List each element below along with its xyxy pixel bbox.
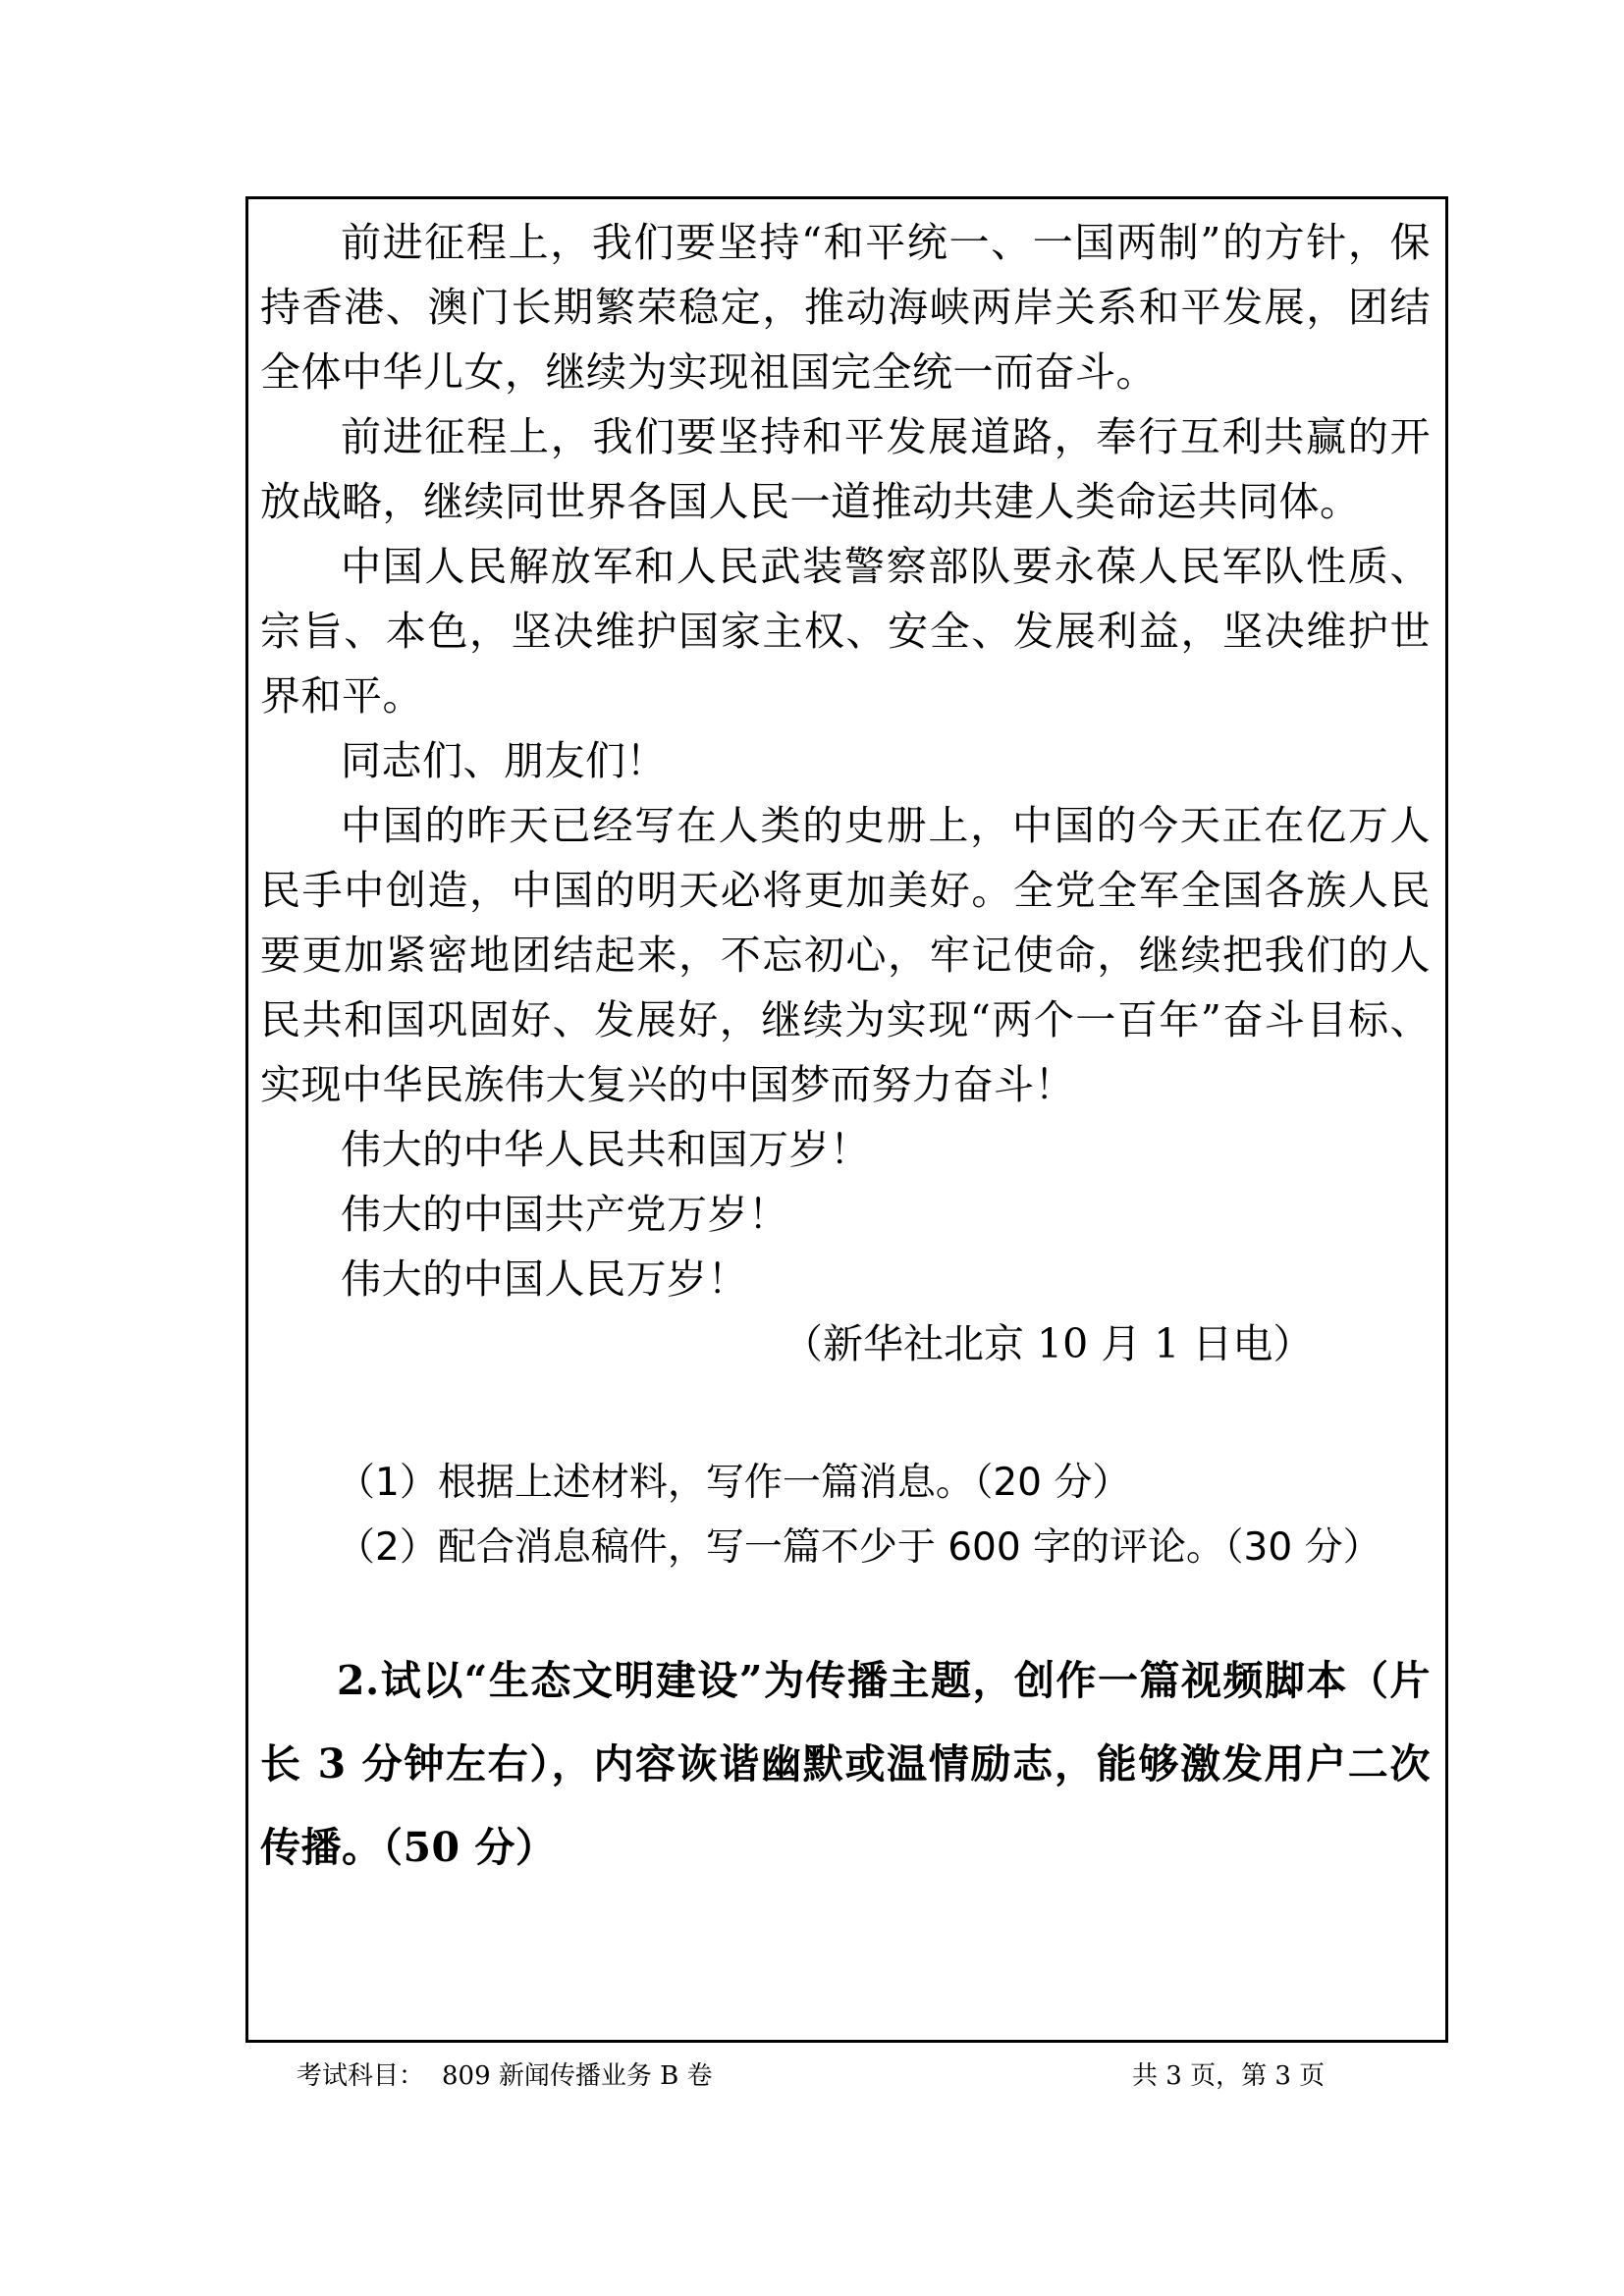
question-2: 2.试以“生态文明建设”为传播主题，创作一篇视频脚本（片长 3 分钟左右），内容… — [260, 1639, 1431, 1890]
body-paragraph: 中国的昨天已经写在人类的史册上，中国的今天正在亿万人民手中创造，中国的明天必将更… — [260, 793, 1431, 1117]
body-paragraph: 中国人民解放军和人民武装警察部队要永葆人民军队性质、宗旨、本色，坚决维护国家主权… — [260, 534, 1431, 728]
content-border-box: 前进征程上，我们要坚持“和平统一、一国两制”的方针，保持香港、澳门长期繁荣稳定，… — [245, 196, 1448, 2043]
body-paragraph: 前进征程上，我们要坚持和平发展道路，奉行互利共赢的开放战略，继续同世界各国人民一… — [260, 404, 1431, 534]
body-paragraph: 前进征程上，我们要坚持“和平统一、一国两制”的方针，保持香港、澳门长期繁荣稳定，… — [260, 210, 1431, 404]
exam-subject-label: 考试科目： — [297, 2061, 424, 2091]
body-paragraph: 伟大的中国人民万岁！ — [260, 1247, 1431, 1311]
body-paragraph: 同志们、朋友们！ — [260, 728, 1431, 793]
sub-question-2: （2）配合消息稿件，写一篇不少于 600 字的评论。（30 分） — [337, 1516, 1431, 1580]
sub-question-1: （1）根据上述材料，写作一篇消息。（20 分） — [337, 1451, 1431, 1516]
body-paragraph: 伟大的中华人民共和国万岁！ — [260, 1117, 1431, 1182]
page-number: 共 3 页，第 3 页 — [1132, 2059, 1325, 2093]
news-agency-byline: （新华社北京 10 月 1 日电） — [260, 1311, 1431, 1376]
exam-page: 前进征程上，我们要坚持“和平统一、一国两制”的方针，保持香港、澳门长期繁荣稳定，… — [0, 0, 1624, 2296]
body-paragraph: 伟大的中国共产党万岁！ — [260, 1182, 1431, 1247]
exam-subject: 考试科目：809 新闻传播业务 B 卷 — [297, 2059, 713, 2093]
exam-subject-value: 809 新闻传播业务 B 卷 — [442, 2061, 713, 2091]
page-footer: 考试科目：809 新闻传播业务 B 卷 共 3 页，第 3 页 — [0, 2059, 1624, 2095]
